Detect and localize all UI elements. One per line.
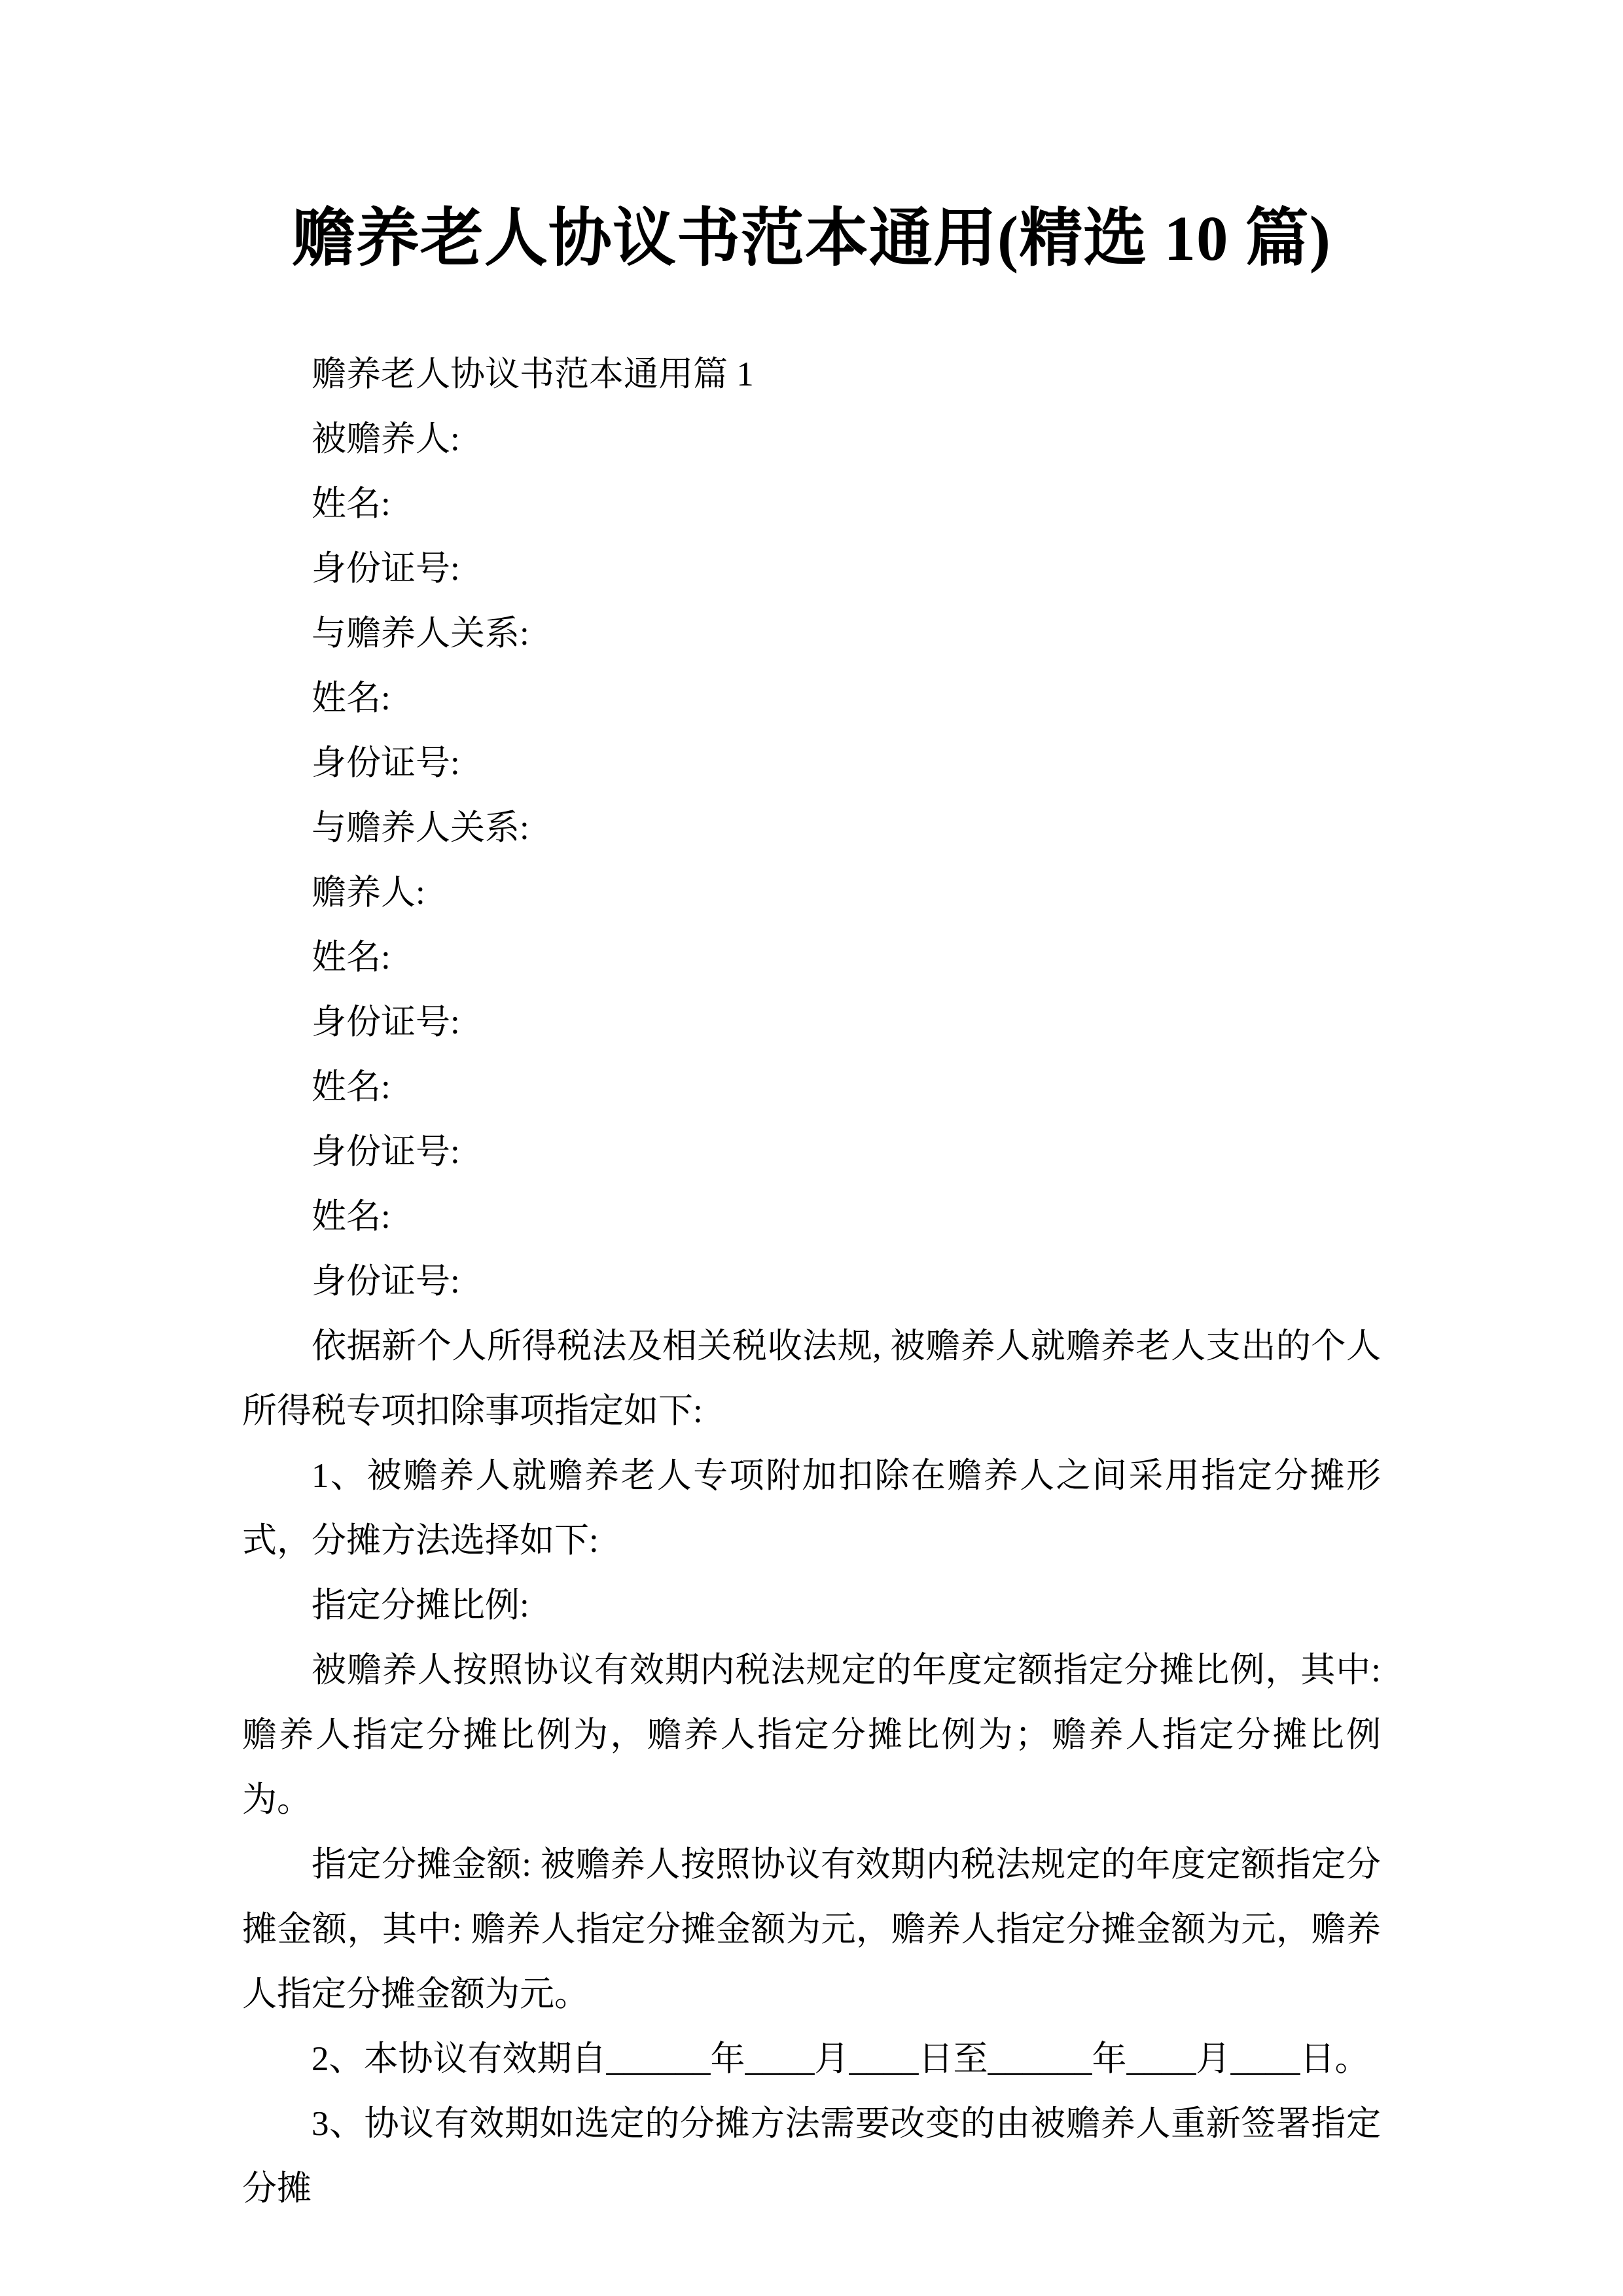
document-title: 赡养老人协议书范本通用(精选 10 篇) <box>223 0 1400 282</box>
label-supporter: 赡养人: <box>242 861 1381 925</box>
label-id-number-1: 身份证号: <box>242 537 1381 601</box>
label-name-4: 姓名: <box>242 1055 1381 1120</box>
paragraph-clause-3: 3、协议有效期如选定的分摊方法需要改变的由被赡养人重新签署指定分摊 <box>242 2092 1381 2221</box>
paragraph-legal-basis: 依据新个人所得税法及相关税收法规, 被赡养人就赡养老人支出的个人所得税专项扣除事… <box>242 1314 1381 1444</box>
section-heading-piece-1: 赡养老人协议书范本通用篇 1 <box>242 342 1381 407</box>
label-dependent-person: 被赡养人: <box>242 407 1381 472</box>
paragraph-clause-2-dates: 2、本协议有效期自______年____月____日至______年____月_… <box>242 2027 1381 2092</box>
label-id-number-3: 身份证号: <box>242 990 1381 1055</box>
label-id-number-4: 身份证号: <box>242 1120 1381 1185</box>
label-allocation-ratio: 指定分摊比例: <box>242 1573 1381 1638</box>
document-page: 赡养老人协议书范本通用(精选 10 篇) 赡养老人协议书范本通用篇 1 被赡养人… <box>0 0 1623 2296</box>
label-relation-2: 与赡养人关系: <box>242 796 1381 861</box>
label-id-number-2: 身份证号: <box>242 731 1381 796</box>
label-name-5: 姓名: <box>242 1185 1381 1249</box>
label-name-1: 姓名: <box>242 472 1381 537</box>
paragraph-ratio-details: 被赡养人按照协议有效期内税法规定的年度定额指定分摊比例，其中: 赡养人指定分摊比… <box>242 1638 1381 1833</box>
label-id-number-5: 身份证号: <box>242 1249 1381 1314</box>
paragraph-clause-1: 1、被赡养人就赡养老人专项附加扣除在赡养人之间采用指定分摊形式，分摊方法选择如下… <box>242 1444 1381 1573</box>
label-relation-1: 与赡养人关系: <box>242 601 1381 666</box>
document-body: 赡养老人协议书范本通用篇 1 被赡养人: 姓名: 身份证号: 与赡养人关系: 姓… <box>242 342 1381 2221</box>
paragraph-amount-details: 指定分摊金额: 被赡养人按照协议有效期内税法规定的年度定额指定分摊金额，其中: … <box>242 1833 1381 2027</box>
label-name-2: 姓名: <box>242 666 1381 731</box>
label-name-3: 姓名: <box>242 925 1381 990</box>
